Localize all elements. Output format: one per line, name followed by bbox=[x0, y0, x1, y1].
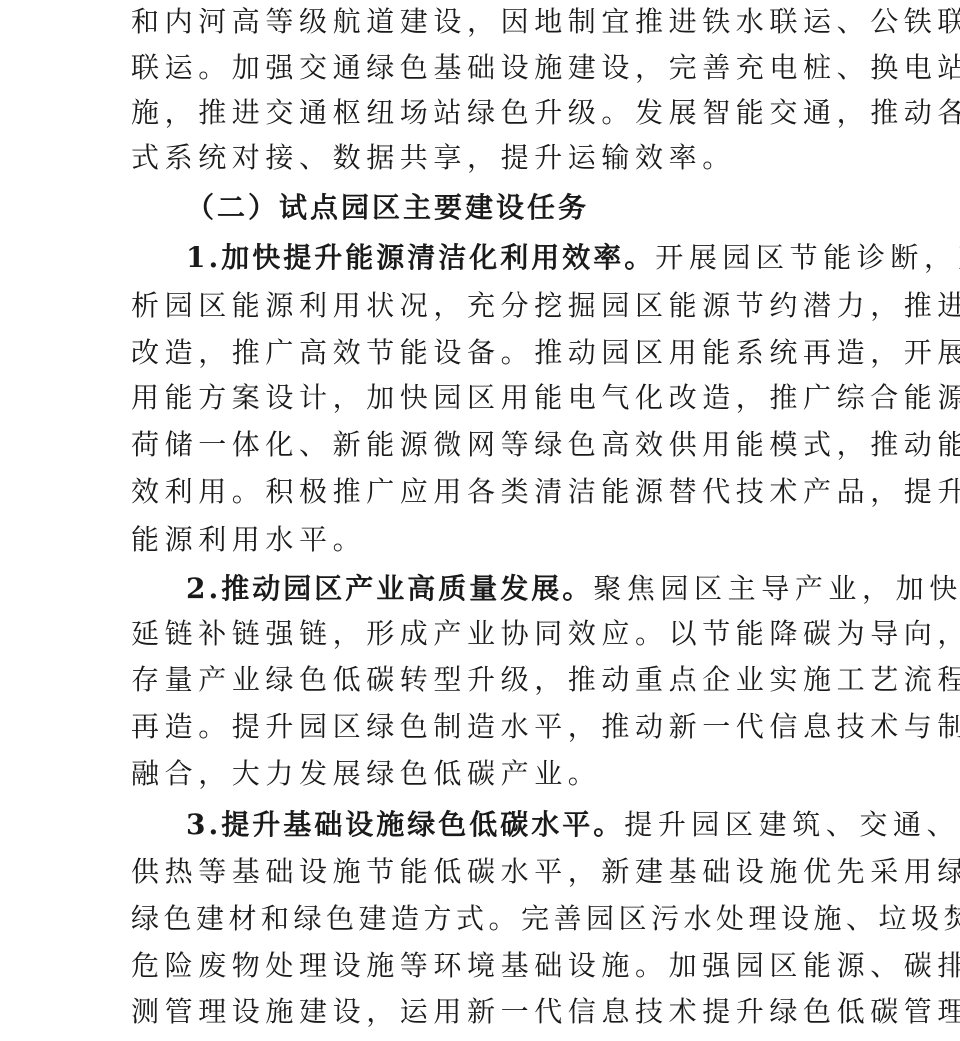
item-1-first-line-rest: 开展园区节能诊断，系统分 bbox=[655, 241, 960, 274]
item-3-first-line: 3.提升基础设施绿色低碳水平。提升园区建筑、交通、照明、 bbox=[186, 803, 960, 847]
item-1-line: 用能方案设计，加快园区用能电气化改造，推广综合能源站、源网 bbox=[131, 376, 960, 420]
intro-line-1: 和内河高等级航道建设，因地制宜推进铁水联运、公铁联运、海铁 bbox=[131, 0, 960, 44]
item-1-line: 能源利用水平。 bbox=[131, 518, 366, 562]
item-3-line: 绿色建材和绿色建造方式。完善园区污水处理设施、垃圾焚烧设施、 bbox=[131, 897, 960, 941]
item-1-line: 荷储一体化、新能源微网等绿色高效供用能模式，推动能源梯级高 bbox=[131, 423, 960, 467]
item-2-title: 2.推动园区产业高质量发展。 bbox=[186, 572, 593, 605]
item-3-line: 测管理设施建设，运用新一代信息技术提升绿色低碳管理水平。 bbox=[131, 990, 960, 1034]
intro-line-3: 施，推进交通枢纽场站绿色升级。发展智能交通，推动各类运输方 bbox=[131, 91, 960, 135]
item-3-line: 危险废物处理设施等环境基础设施。加强园区能源、碳排放智慧监 bbox=[131, 944, 960, 988]
item-2-line: 融合，大力发展绿色低碳产业。 bbox=[131, 752, 601, 796]
item-2-first-line-rest: 聚焦园区主导产业，加快产业链 bbox=[593, 572, 960, 605]
item-3-title: 3.提升基础设施绿色低碳水平。 bbox=[186, 808, 624, 841]
item-3-line: 供热等基础设施节能低碳水平，新建基础设施优先采用绿色设计、 bbox=[131, 850, 960, 894]
item-2-line: 延链补链强链，形成产业协同效应。以节能降碳为导向，推进园区 bbox=[131, 612, 960, 656]
item-1-line: 效利用。积极推广应用各类清洁能源替代技术产品，提升园区清洁 bbox=[131, 470, 960, 514]
item-1-line: 析园区能源利用状况，充分挖掘园区能源节约潜力，推进节能降碳 bbox=[131, 284, 960, 328]
item-2-line: 存量产业绿色低碳转型升级，推动重点企业实施工艺流程绿色低碳 bbox=[131, 658, 960, 702]
item-3-first-line-rest: 提升园区建筑、交通、照明、 bbox=[624, 808, 960, 841]
item-1-title: 1.加快提升能源清洁化利用效率。 bbox=[186, 241, 655, 274]
intro-line-4: 式系统对接、数据共享，提升运输效率。 bbox=[131, 136, 736, 180]
intro-line-2: 联运。加强交通绿色基础设施建设，完善充电桩、换电站等配套设 bbox=[131, 46, 960, 90]
item-1-line: 改造，推广高效节能设备。推动园区用能系统再造，开展一体化供 bbox=[131, 331, 960, 375]
item-1-first-line: 1.加快提升能源清洁化利用效率。开展园区节能诊断，系统分 bbox=[186, 236, 960, 280]
item-2-first-line: 2.推动园区产业高质量发展。聚焦园区主导产业，加快产业链 bbox=[186, 567, 960, 611]
item-2-line: 再造。提升园区绿色制造水平，推动新一代信息技术与制造业深度 bbox=[131, 705, 960, 749]
section-heading: （二）试点园区主要建设任务 bbox=[186, 186, 589, 230]
